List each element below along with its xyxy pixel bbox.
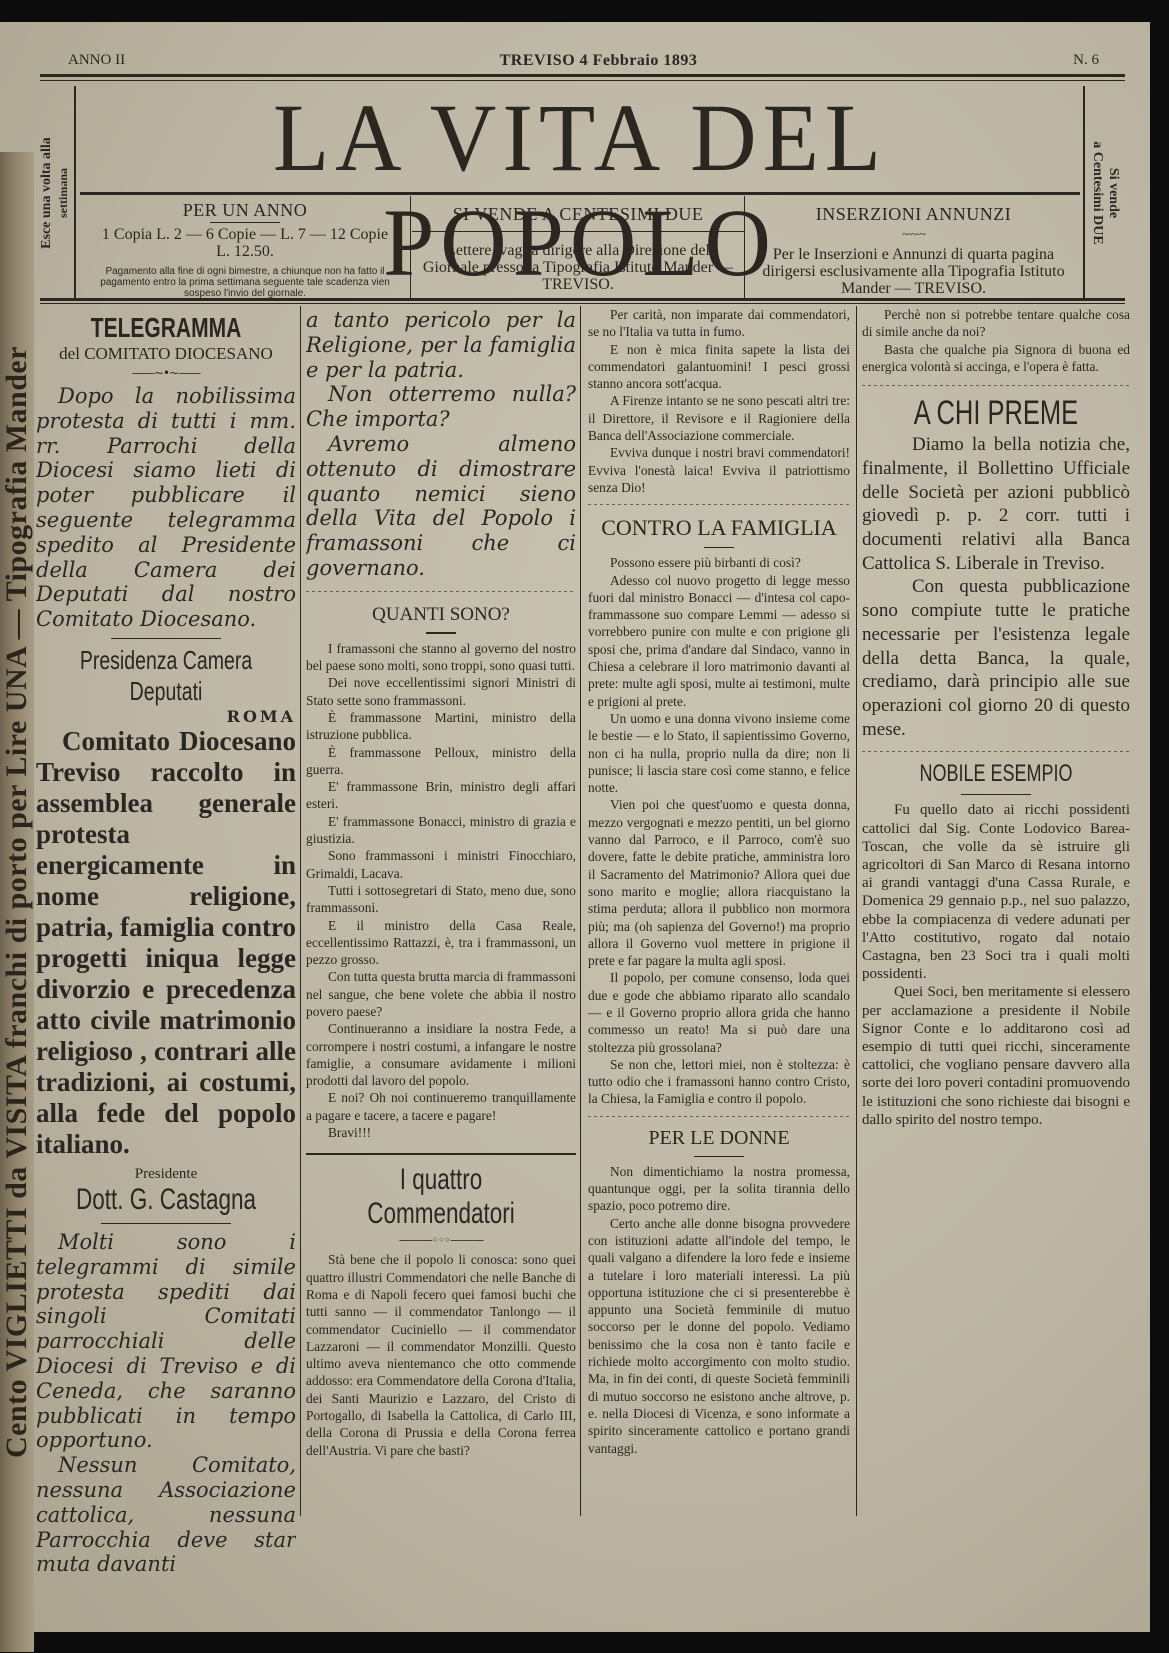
quanti-paragraph: È frammassone Pelloux, ministro della gu…	[306, 744, 576, 779]
article-title-contro-famiglia: CONTRO LA FAMIGLIA	[588, 515, 850, 541]
signature-role: Presidente	[36, 1166, 296, 1183]
commendatori-paragraph: Evviva dunque i nostri bravi commendator…	[588, 444, 850, 496]
sale-box: SI VENDE A CENTESIMI DUE Lettere, vaglia…	[412, 196, 745, 300]
article-title-nobile-esempio: NOBILE ESEMPIO	[896, 760, 1097, 788]
subscription-title: PER UN ANNO	[80, 200, 410, 221]
ads-title: INSERZIONI ANNUNZI	[746, 204, 1081, 225]
left-vertical-box: Esce una volta alla settimana	[36, 86, 76, 300]
preme-paragraph: Con questa pubblicazione sono compiute t…	[862, 575, 1130, 741]
donne-paragraph: Certo anche alle donne bisogna provveder…	[588, 1215, 850, 1457]
column-4: Perchè non si potrebbe tentare qualche c…	[862, 306, 1130, 1641]
telegramma-followup-3: a tanto pericolo per la Religione, per l…	[306, 308, 576, 382]
date-line: TREVISO 4 Febbraio 1893	[68, 52, 1129, 70]
quanti-paragraph: Bravi!!!	[306, 1124, 576, 1141]
issue-number: N. 6	[1073, 52, 1099, 69]
ads-box: INSERZIONI ANNUNZI ~·~·~ Per le Inserzio…	[746, 196, 1081, 300]
famiglia-paragraph: Adesso col nuovo progetto di legge messo…	[588, 572, 850, 710]
telegramma-followup-4: Non otterremo nulla? Che importa?	[306, 382, 576, 432]
quanti-paragraph: I framassoni che stanno al governo del n…	[306, 640, 576, 675]
subscription-note: Pagamento alla fine di ogni bimestre, a …	[80, 266, 410, 299]
left-vertical-line-2: settimana	[55, 137, 71, 249]
quanti-paragraph: E' frammassone Bonacci, ministro di graz…	[306, 813, 576, 848]
telegramma-addressee: Presidenza Camera Deputati	[69, 645, 264, 707]
ornament-divider: ~·~·~	[746, 227, 1081, 242]
subscription-box: PER UN ANNO 1 Copia L. 2 — 6 Copie — L. …	[80, 196, 411, 300]
commendatori-paragraph: Stà bene che il popolo li conosca: sono …	[306, 1251, 576, 1459]
article-title-quanti-sono: QUANTI SONO?	[306, 604, 576, 626]
folded-edge-text: Cento VIGLIETTI da VISITA franchi di por…	[0, 346, 34, 1458]
famiglia-paragraph: Vien poi che quest'uomo e questa donna, …	[588, 796, 850, 969]
telegramma-followup-1: Molti sono i telegrammi di simile protes…	[36, 1230, 296, 1453]
telegramma-followup-5: Avremo almeno ottenuto di dimostrare qua…	[306, 432, 576, 581]
quanti-paragraph: E' frammassone Brin, ministro degli affa…	[306, 778, 576, 813]
article-title-commendatori: I quattro Commendatori	[340, 1163, 543, 1231]
quanti-paragraph: E noi? Oh noi continueremo tranquillamen…	[306, 1089, 576, 1124]
famiglia-paragraph: Il popolo, per comune consenso, loda que…	[588, 969, 850, 1055]
top-rule-thin	[40, 80, 1125, 81]
folded-edge-strip: Cento VIGLIETTI da VISITA franchi di por…	[0, 152, 34, 1652]
article-title-per-le-donne: PER LE DONNE	[588, 1127, 850, 1150]
top-rule	[40, 74, 1125, 77]
right-vertical-line-2: a Centesimi DUE	[1089, 141, 1105, 244]
signature-name: Dott. G. Castagna	[69, 1183, 264, 1217]
header-bottom-rule	[40, 298, 1125, 301]
commendatori-paragraph: A Firenze intanto se ne sono pescati alt…	[588, 392, 850, 444]
left-vertical-line-1: Esce una volta alla	[39, 137, 55, 249]
quanti-paragraph: Con tutta questa brutta marcia di framma…	[306, 968, 576, 1020]
right-vertical-box: Si vende a Centesimi DUE	[1083, 86, 1125, 300]
commendatori-paragraph: E non è mica finita sapete la lista dei …	[588, 341, 850, 393]
telegramma-intro: Dopo la nobilissima protesta di tutti i …	[36, 384, 296, 632]
sale-title: SI VENDE A CENTESIMI DUE	[412, 204, 744, 225]
telegramma-message: Comitato Diocesano Treviso raccolto in a…	[36, 726, 296, 1160]
quanti-paragraph: Continueranno a insidiare la nostra Fede…	[306, 1020, 576, 1089]
commendatori-paragraph: Per carità, non imparate dai commendator…	[588, 306, 850, 341]
quanti-paragraph: Sono frammassoni i ministri Finocchiaro,…	[306, 847, 576, 882]
quanti-paragraph: E il ministro della Casa Reale, eccellen…	[306, 917, 576, 969]
right-vertical-line-1: Si vende	[1105, 141, 1121, 244]
famiglia-paragraph: Un uomo e una donna vivono insieme come …	[588, 710, 850, 796]
donne-paragraph: Non dimentichiamo la nostra promessa, qu…	[588, 1163, 850, 1215]
quanti-paragraph: Tutti i sottosegretari di Stato, meno du…	[306, 882, 576, 917]
sale-text: Lettere, vaglia dirigere alla Direzione …	[412, 242, 744, 293]
nobile-paragraph: Quei Soci, ben meritamente si elessero p…	[862, 983, 1130, 1129]
column-3: Per carità, non imparate dai commendator…	[588, 306, 850, 1641]
ads-text: Per le Inserzioni e Annunzi di quarta pa…	[746, 246, 1081, 297]
donne-paragraph: Basta che qualche pia Signora di buona e…	[862, 341, 1130, 376]
nobile-paragraph: Fu quello dato ai ricchi possidenti catt…	[862, 801, 1130, 983]
famiglia-paragraph: Possono essere più birbanti di così?	[588, 554, 850, 571]
dateline-row: ANNO II TREVISO 4 Febbraio 1893 N. 6	[68, 52, 1129, 72]
quanti-paragraph: Dei nove eccellentissimi signori Ministr…	[306, 674, 576, 709]
masthead-rule	[80, 192, 1080, 195]
article-subtitle-telegramma: del COMITATO DIOCESANO	[36, 344, 296, 364]
telegramma-city: ROMA	[36, 707, 296, 726]
quanti-paragraph: È frammassone Martini, ministro della is…	[306, 709, 576, 744]
column-2: a tanto pericolo per la Religione, per l…	[306, 306, 576, 1641]
donne-paragraph: Perchè non si potrebbe tentare qualche c…	[862, 306, 1130, 341]
telegramma-followup-2: Nessun Comitato, nessuna Associazione ca…	[36, 1453, 296, 1577]
famiglia-paragraph: Se non che, lettori miei, non è stoltezz…	[588, 1056, 850, 1108]
subscription-prices: 1 Copia L. 2 — 6 Copie — L. 7 — 12 Copie…	[80, 226, 410, 260]
preme-paragraph: Diamo la bella notizia che, finalmente, …	[862, 433, 1130, 575]
column-1: TELEGRAMMA del COMITATO DIOCESANO ——~•~—…	[36, 306, 296, 1641]
article-title-a-chi-preme: A CHI PREME	[896, 394, 1097, 433]
article-title-telegramma: TELEGRAMMA	[69, 312, 264, 344]
